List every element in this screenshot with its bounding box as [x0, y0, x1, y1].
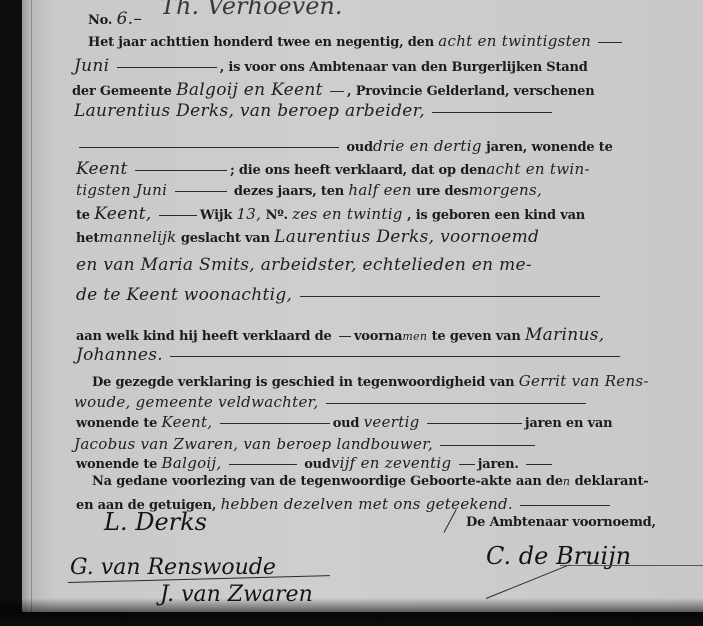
official-label: De Ambtenaar voornoemd, [466, 515, 656, 530]
number-value: 6.– [117, 9, 143, 29]
printed-text: oud [304, 457, 331, 472]
text-line-3: der Gemeente Balgoij en Keent , Provinci… [72, 80, 594, 100]
handwritten-father: Laurentius Derks, voornoemd [274, 227, 539, 247]
signature-witness-1: G. van Renswoude [70, 555, 276, 580]
fill-rule [117, 67, 217, 68]
printed-text: wonende te [76, 457, 157, 472]
number-label: No. [88, 13, 112, 28]
printed-text: deklarant- [575, 474, 649, 489]
text-line-6: Keent ; die ons heeft verklaard, dat op … [76, 159, 590, 179]
text-line-11: de te Keent woonachtig, [76, 285, 603, 305]
text-line-5: ouddrie en dertig jaren, wonende te [76, 137, 613, 155]
text-line-18: wonende te Balgoij, oudvijf en zeventig … [76, 454, 555, 472]
text-line-2: Juni , is voor ons Ambtenaar van den Bur… [74, 56, 588, 76]
printed-text: Na gedane voorlezing van de tegenwoordig… [92, 474, 563, 489]
printed-text: Nº. [266, 208, 288, 223]
text-line-9: hetmannelijk geslacht van Laurentius Der… [76, 227, 539, 247]
text-line-4: Laurentius Derks, van beroep arbeider, [74, 101, 555, 121]
handwritten-house-number: zes en twintig [292, 205, 403, 223]
handwritten-suffix: n [563, 475, 570, 488]
scan-bottom-edge [0, 598, 703, 626]
certificate-number: No. 6.– [88, 9, 142, 29]
printed-text: het [76, 231, 99, 246]
printed-text: ure des [416, 184, 468, 199]
printed-text: oud [346, 140, 373, 155]
handwritten-time: half een [348, 181, 412, 199]
printed-text: Het jaar achttien honderd twee en negent… [88, 35, 434, 50]
printed-text: te [76, 208, 90, 223]
printed-text: te geven van [432, 329, 521, 344]
handwritten-witness-1-residence: Keent, [162, 413, 213, 431]
printed-text: ; die ons heeft verklaard, dat op den [230, 163, 486, 178]
handwritten-closing: hebben dezelven met ons geteekend. [221, 495, 513, 513]
handwritten-father-name: Laurentius Derks, van beroep arbeider, [74, 101, 425, 121]
printed-text: wonende te [76, 416, 157, 431]
printed-text: dezes jaars, ten [234, 184, 344, 199]
handwritten-residence: de te Keent woonachtig, [76, 285, 292, 305]
printed-text: voorna [354, 329, 402, 344]
text-line-13: Johannes. [76, 345, 623, 365]
printed-text: oud [333, 416, 360, 431]
handwritten-month: Juni [74, 56, 109, 76]
handwritten-time-of-day: morgens, [469, 181, 542, 199]
handwritten-municipality: Balgoij en Keent [176, 80, 323, 100]
handwritten-witness-2-age: vijf en zeventig [331, 454, 452, 472]
handwritten-date: acht en twin- [486, 160, 589, 178]
handwritten-sex: mannelijk [99, 228, 176, 246]
text-line-15: woude, gemeente veldwachter, [74, 393, 589, 411]
text-line-1: Het jaar achttien honderd twee en negent… [88, 32, 625, 50]
top-annotation: Th. Verhoeven. [160, 0, 342, 20]
printed-text: geslacht van [181, 231, 270, 246]
printed-text: , Provincie Gelderland, verschenen [347, 84, 594, 99]
page-fold-line [560, 565, 703, 566]
handwritten-ward: 13, [236, 205, 261, 223]
handwritten-witness-2-residence: Balgoij, [162, 454, 222, 472]
handwritten-witness-1: Gerrit van Rens- [519, 372, 649, 390]
printed-text: jaren en van [525, 416, 613, 431]
text-line-17: Jacobus van Zwaren, van beroep landbouwe… [74, 435, 538, 453]
handwritten-witness-2: Jacobus van Zwaren, van beroep landbouwe… [74, 435, 433, 453]
handwritten-suffix: men [402, 330, 427, 343]
printed-text: , is voor ons Ambtenaar van den Burgerli… [220, 60, 588, 75]
handwritten-place: Keent, [94, 204, 151, 224]
printed-text: der Gemeente [72, 84, 172, 99]
printed-text: De gezegde verklaring is geschied in teg… [92, 375, 514, 390]
printed-text: Wijk [200, 208, 232, 223]
margin-line [31, 0, 32, 612]
text-line-14: De gezegde verklaring is geschied in teg… [92, 372, 649, 390]
text-line-8: te Keent, Wijk 13, Nº. zes en twintig , … [76, 204, 585, 224]
text-line-19: Na gedane voorlezing van de tegenwoordig… [92, 474, 648, 489]
printed-text: aan welk kind hij heeft verklaard de [76, 329, 332, 344]
handwritten-witness-1-occupation: woude, gemeente veldwachter, [74, 393, 319, 411]
handwritten-witness-1-age: veertig [364, 413, 420, 431]
text-line-7: tigsten Juni dezes jaars, ten half een u… [76, 181, 542, 199]
printed-text: jaren. [478, 457, 519, 472]
text-line-16: wonende te Keent, oud veertig jaren en v… [76, 413, 612, 431]
text-line-12: aan welk kind hij heeft verklaard de voo… [76, 325, 604, 345]
printed-text: jaren, wonende te [486, 140, 613, 155]
handwritten-child-name: Johannes. [76, 345, 163, 365]
handwritten-date: tigsten Juni [76, 181, 167, 199]
handwritten-mother: en van Maria Smits, arbeidster, echtelie… [76, 255, 532, 275]
handwritten-date: acht en twintigsten [438, 32, 591, 50]
handwritten-residence: Keent [76, 159, 128, 179]
signature-declarant: L. Derks [104, 508, 207, 536]
handwritten-child-name: Marinus, [525, 325, 605, 345]
handwritten-age: drie en dertig [373, 137, 482, 155]
printed-text: , is geboren een kind van [407, 208, 585, 223]
text-line-10: en van Maria Smits, arbeidster, echtelie… [76, 255, 532, 275]
